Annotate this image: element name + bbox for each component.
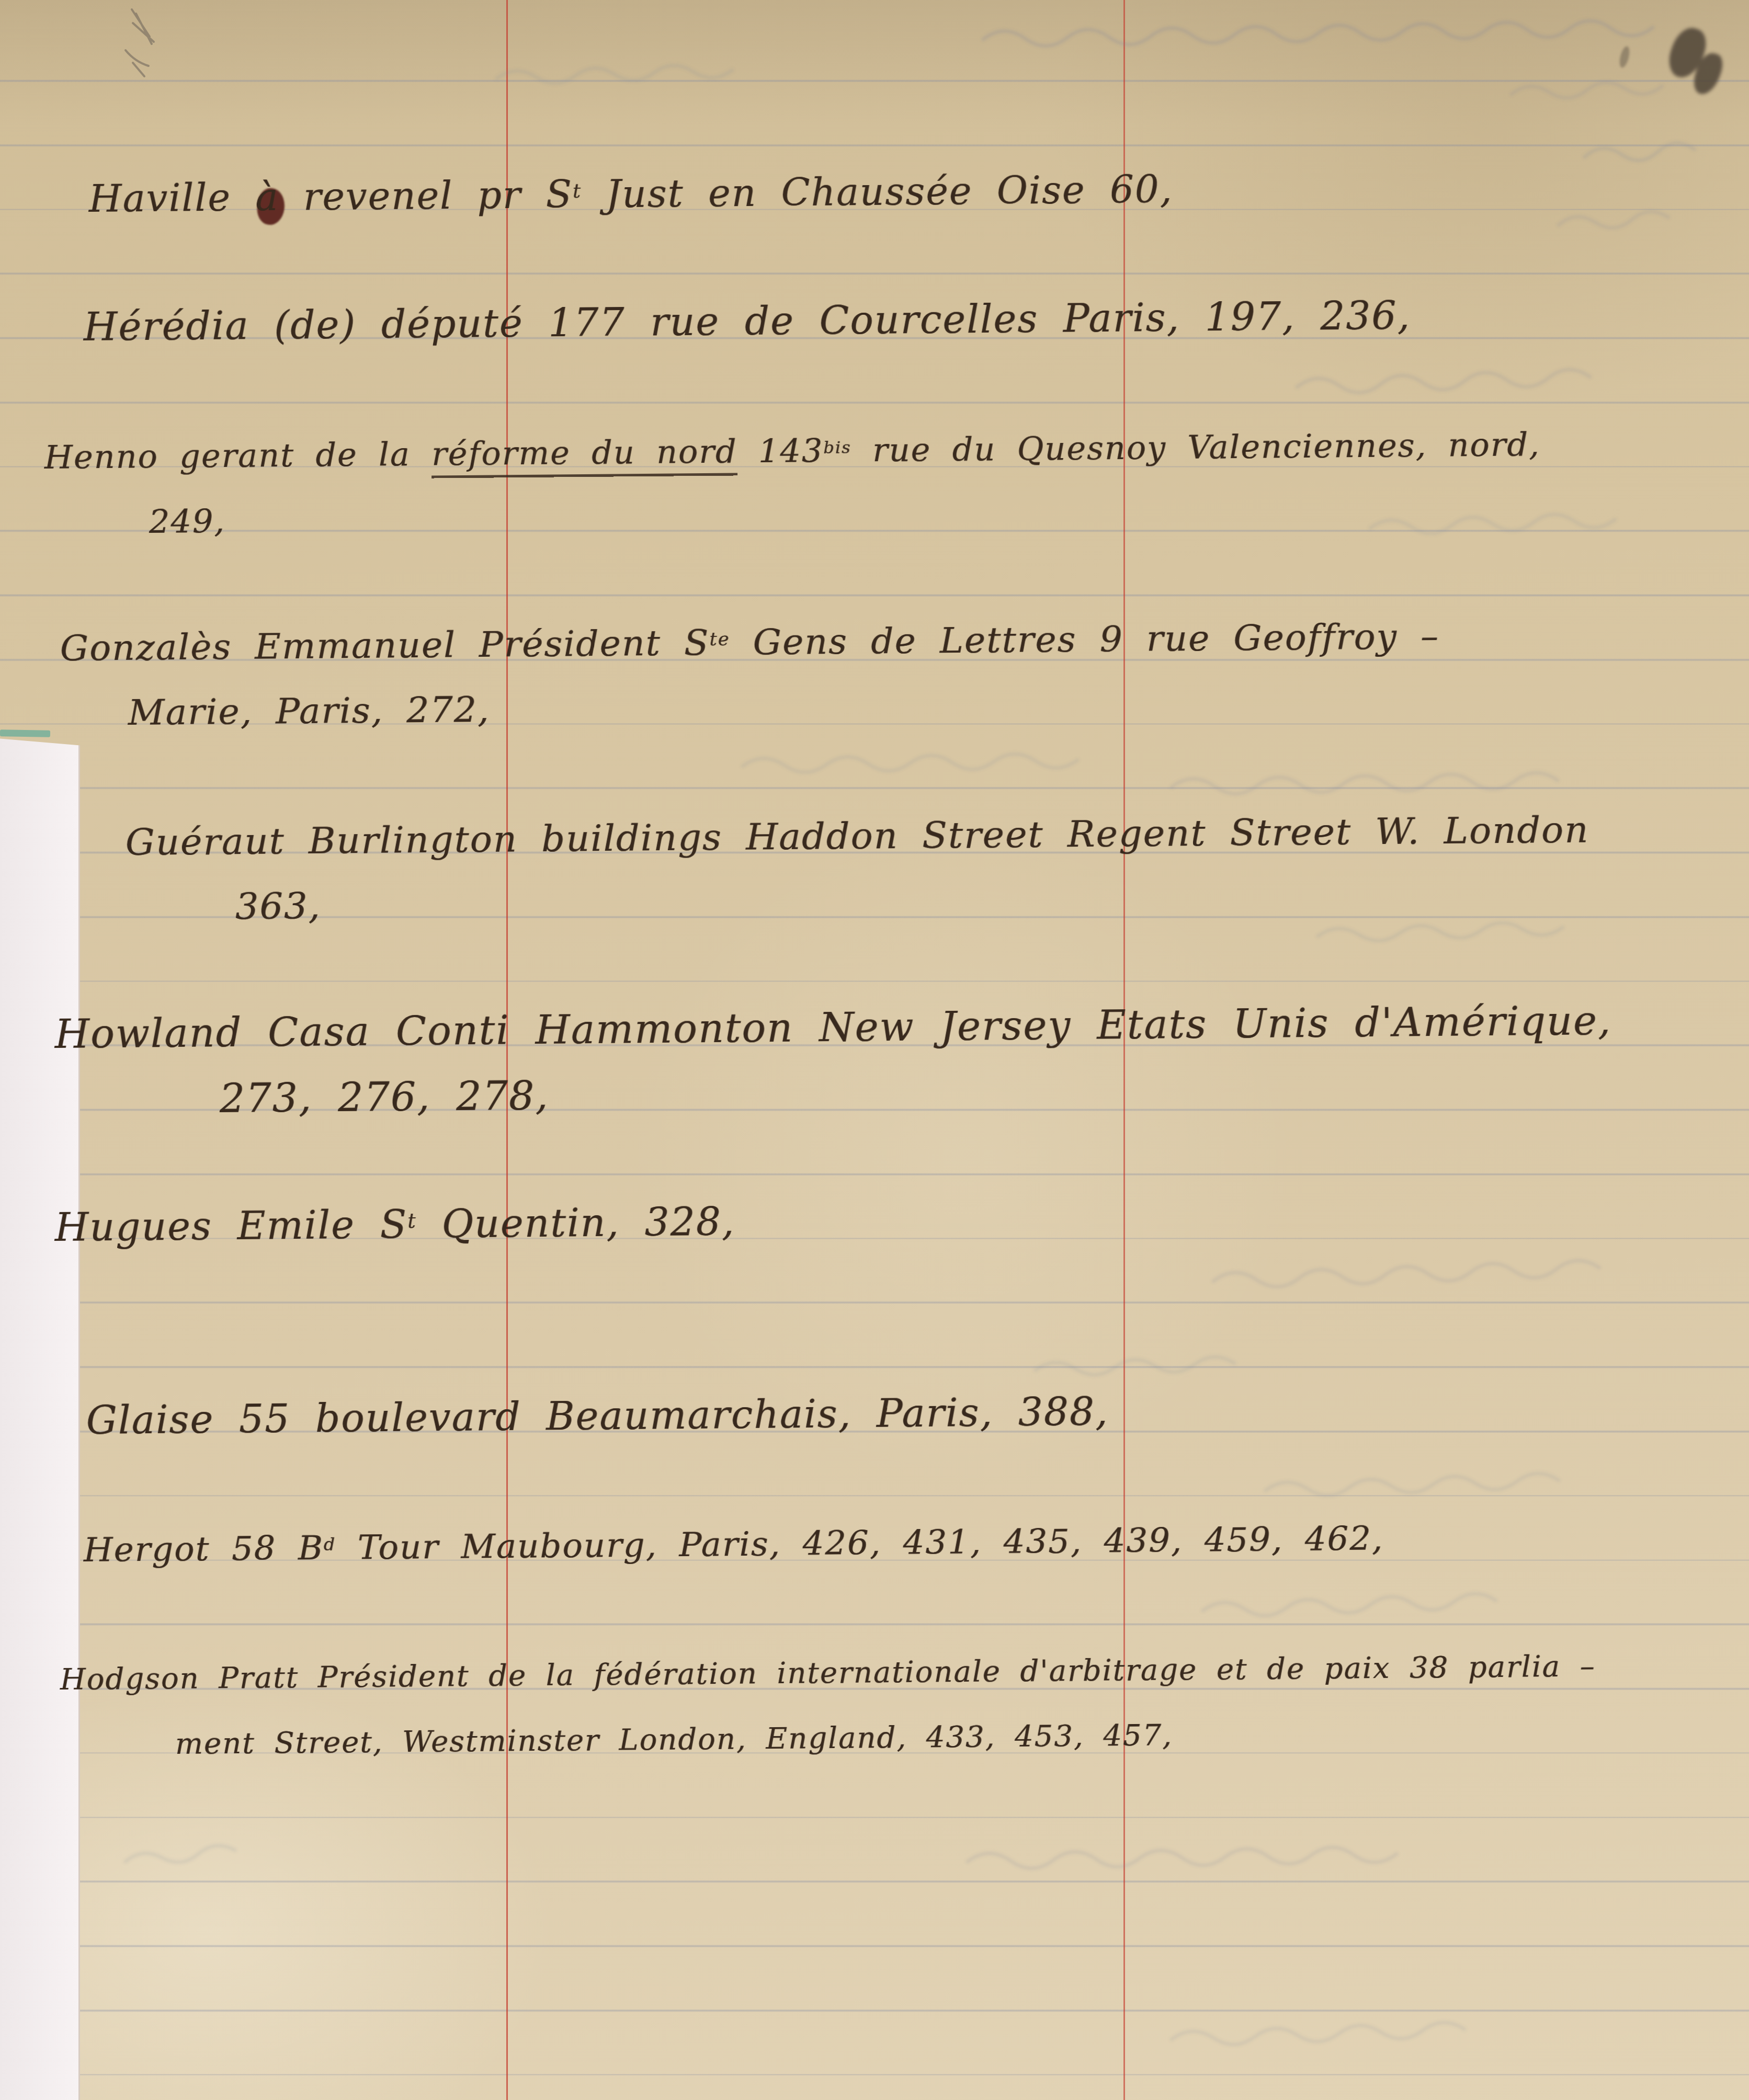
entry-line-howland-cont: 273, 276, 278,: [219, 1076, 549, 1119]
entry-text-segment: t: [573, 179, 582, 202]
entry-text-segment: Quentin, 328,: [416, 1200, 735, 1247]
entry-text-segment: d: [324, 1534, 336, 1555]
entry-text-segment: Marie, Paris, 272,: [128, 689, 490, 734]
entry-line-henno-cont: 249,: [149, 505, 225, 538]
entry-text-segment: rue du Quesnoy Valenciennes, nord,: [851, 425, 1540, 469]
entry-text-segment: t: [407, 1209, 417, 1233]
entry-text-segment: 249,: [149, 502, 225, 541]
entry-text-segment: Gonzalès Emmanuel Président S: [60, 622, 709, 669]
entry-text-segment: bis: [823, 437, 851, 457]
entry-text-segment: Just en Chaussée Oise 60,: [581, 167, 1173, 216]
teal-page-edge-sliver: [0, 729, 50, 737]
entry-text-segment: 143: [737, 431, 823, 470]
entry-text-segment: Hugues Emile S: [54, 1202, 407, 1250]
entry-text-segment: 273, 276, 278,: [219, 1072, 549, 1122]
entry-line-hugues: Hugues Emile St Quentin, 328,: [54, 1203, 735, 1247]
entry-line-gonzalès-cont: Marie, Paris, 272,: [128, 692, 490, 731]
entry-text-segment: Henno gerant de la: [44, 435, 431, 476]
entry-text-segment: 363,: [235, 885, 321, 928]
entry-text-segment: Haville à revenel pr: [88, 173, 546, 221]
scanned-manuscript-page: Haville à revenel pr St Just en Chaussée…: [0, 0, 1749, 2100]
entry-text-segment: Glaise 55 boulevard Beaumarchais, Paris,…: [86, 1389, 1108, 1443]
entry-line-haville: Haville à revenel pr St Just en Chaussée…: [88, 170, 1173, 218]
entry-line-guéraut-cont: 363,: [235, 888, 321, 925]
entry-text-segment: te: [709, 629, 730, 650]
entry-line-hodgson-pratt-cont: ment Street, Westminster London, England…: [175, 1721, 1173, 1759]
entry-text-segment: S: [546, 173, 573, 216]
underlying-white-page-edge: [0, 731, 80, 2100]
entry-text-segment: réforme du nord: [431, 432, 737, 478]
entry-line-hérédia: Hérédia (de) député 177 rue de Courcelle…: [83, 296, 1411, 347]
entry-line-glaise: Glaise 55 boulevard Beaumarchais, Paris,…: [86, 1393, 1108, 1440]
entry-text-segment: Hergot 58 B: [83, 1529, 324, 1570]
entry-text-segment: Gens de Lettres 9 rue Geoffroy –: [730, 616, 1439, 664]
